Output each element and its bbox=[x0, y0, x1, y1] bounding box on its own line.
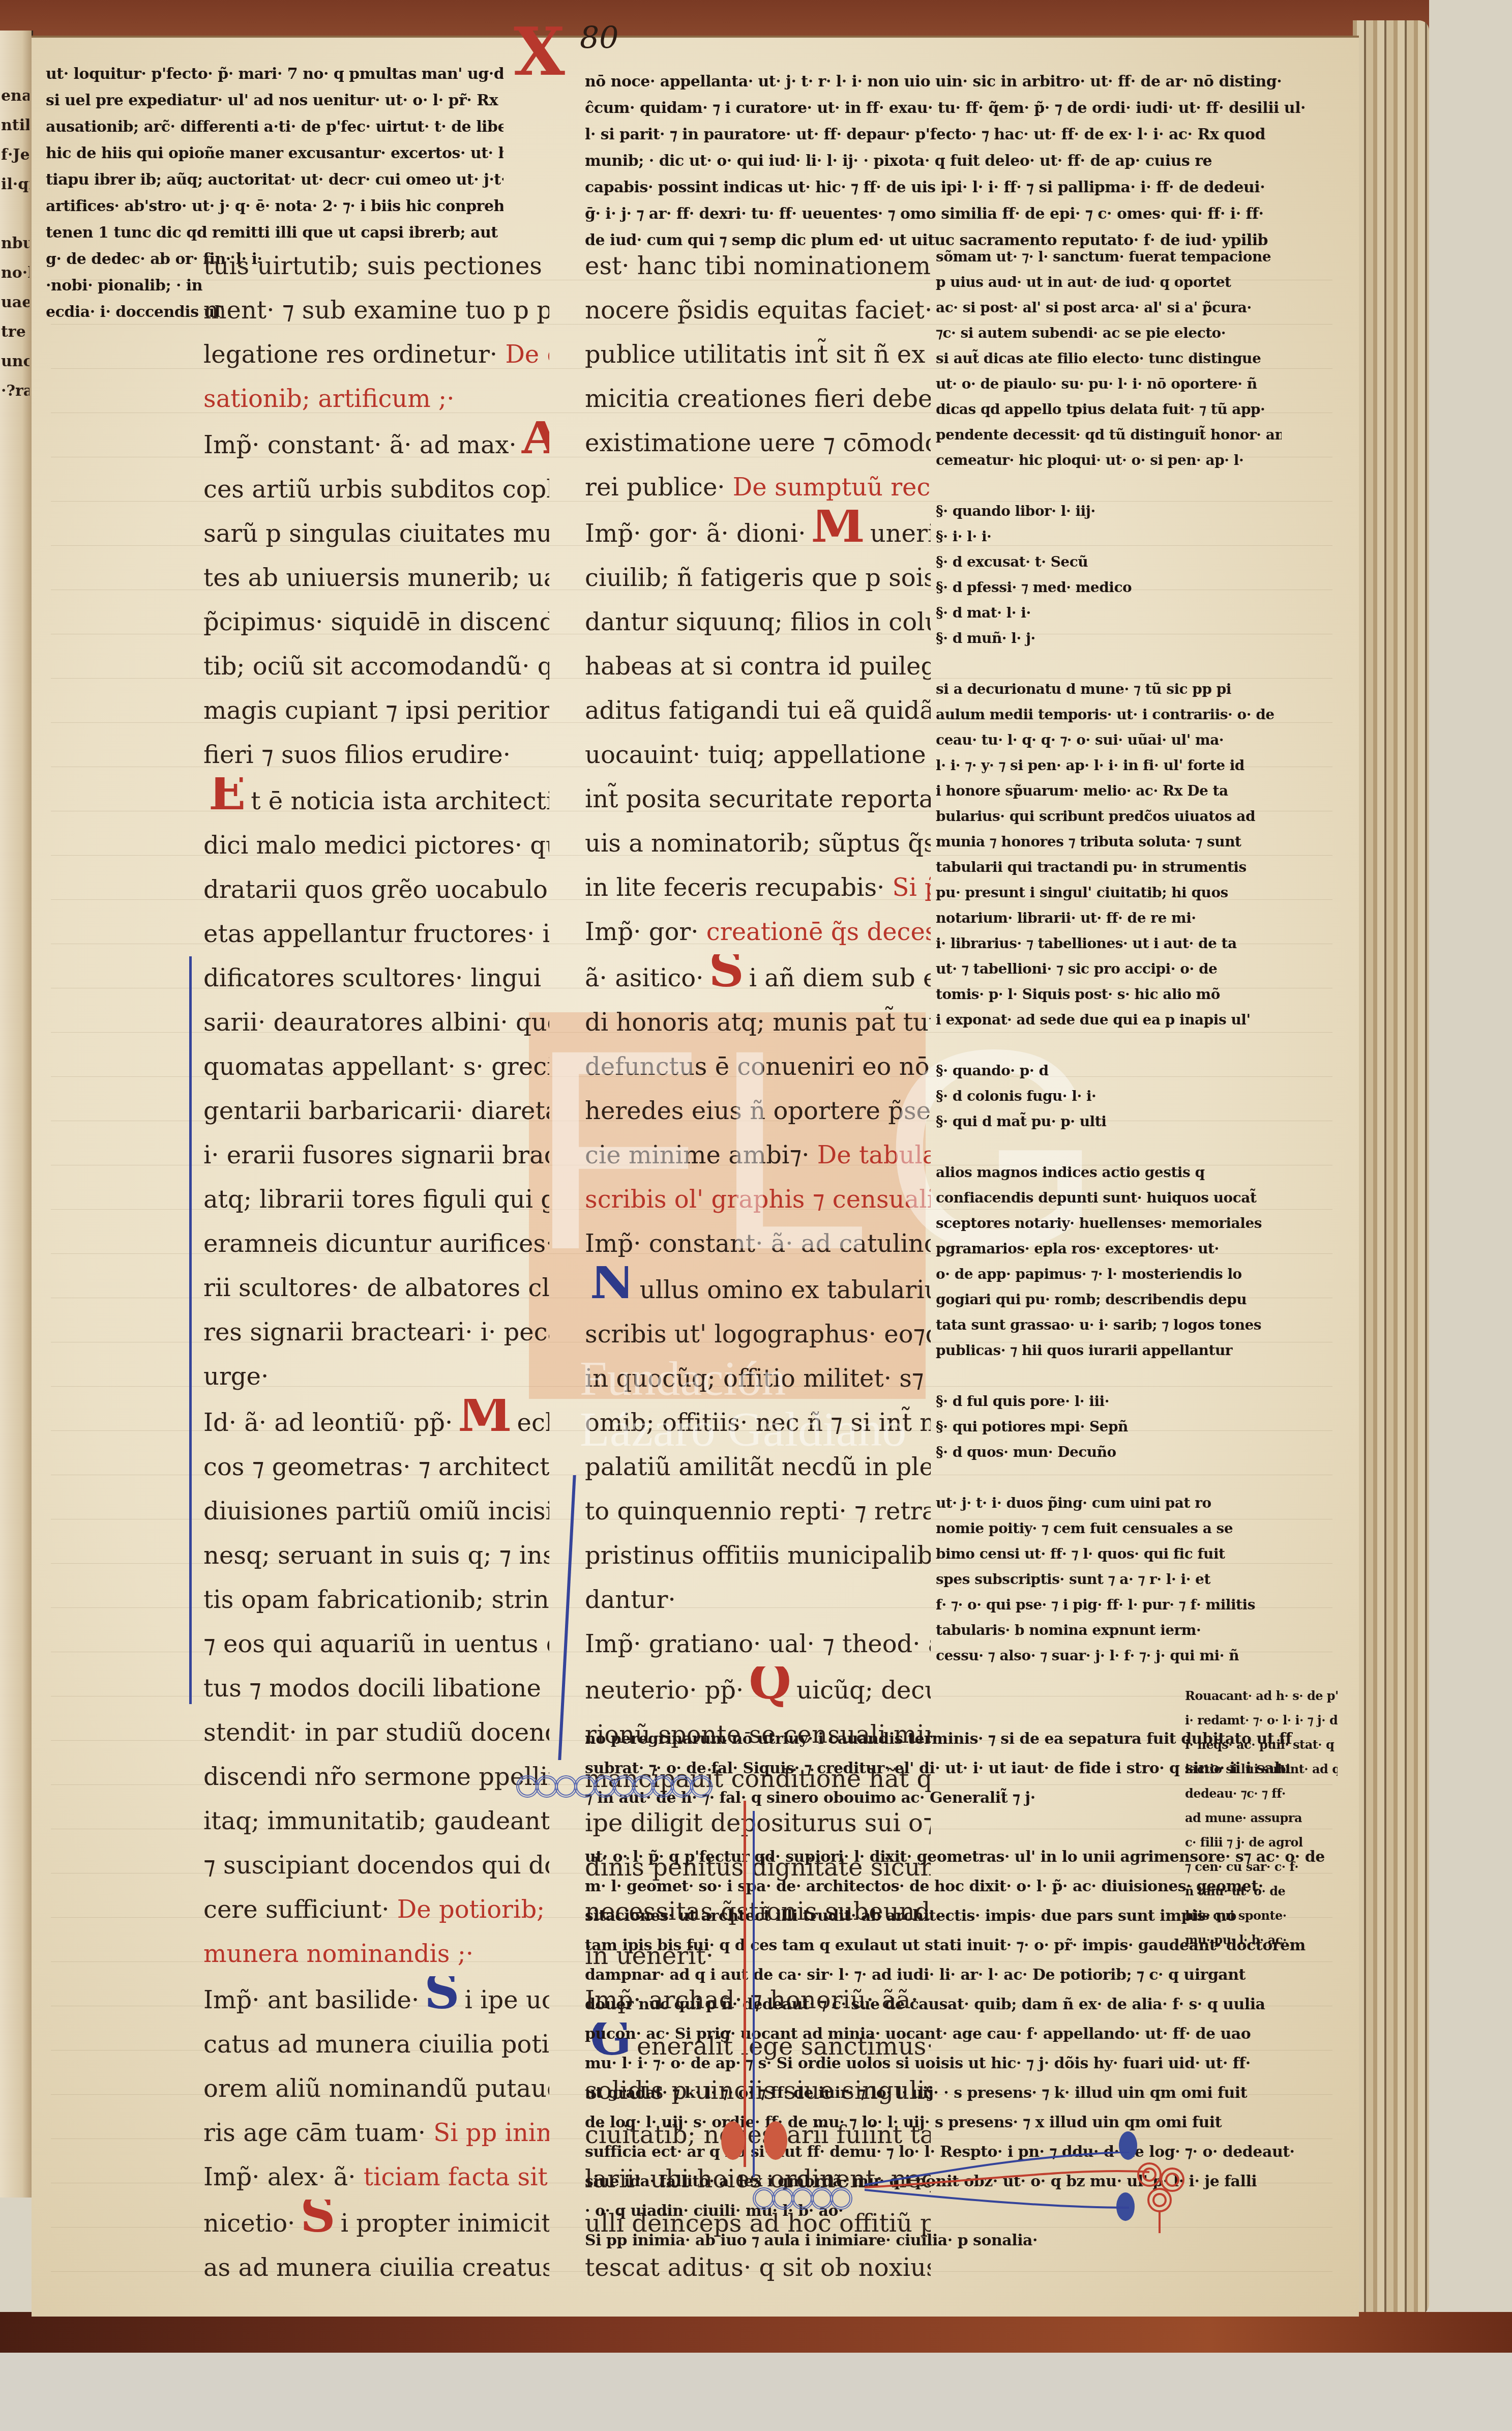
main-text-line: p̃cipimus· siquidē in discendi ar bbox=[203, 600, 549, 645]
decorated-initial: A bbox=[522, 421, 549, 465]
main-text-line: ⁊ suscipiant docendos qui do bbox=[203, 1843, 549, 1888]
text-run: t ē noticia ista architecti· me bbox=[251, 787, 549, 815]
main-text-line: magis cupiant ⁊ ipsi peritiores bbox=[203, 689, 549, 733]
gloss-line: l· i· ⁊· y· ⁊ si pen· ap· l· i· in fi· u… bbox=[936, 753, 1282, 778]
red-penwork-ball-1 bbox=[721, 2121, 745, 2160]
main-text-line: catus ad munera ciuilia poti bbox=[203, 2023, 549, 2067]
text-run: ⁊ suscipiant docendos qui do bbox=[203, 1851, 549, 1880]
text-run: echani bbox=[517, 1409, 549, 1437]
gloss-line: ut· o· de piaulo· su· pu· l· i· nō oport… bbox=[936, 371, 1282, 397]
text-run: Imp̃· ant basilide· bbox=[203, 1986, 419, 2014]
running-marker-x: X bbox=[514, 13, 565, 91]
main-text-line: urge· bbox=[203, 1355, 549, 1399]
gloss-line: no peregrinarum nō utriuy· i cauandis te… bbox=[585, 1724, 1327, 1754]
gloss-line: pendente decessit· qd tũ distinguit̃ hon… bbox=[936, 422, 1282, 448]
main-text-line: tib; ociũ sit accomodandũ· quo bbox=[203, 645, 549, 689]
text-run: dratarii quos grẽo uocabulo pso bbox=[203, 875, 549, 904]
text-run: legatione res ordinetur· bbox=[203, 340, 505, 369]
red-penwork-ball-2 bbox=[764, 2121, 787, 2160]
main-text-line: Et ē noticia ista architecti· me bbox=[203, 777, 549, 824]
main-text-line: est· hanc tibi nominationem non bbox=[585, 244, 931, 288]
facing-page-fragment: enaintiligf·Jeanil·qi nbulno·luae·tre qu… bbox=[0, 31, 33, 2198]
text-run: quomatas appellant· s· greci ar bbox=[203, 1052, 549, 1081]
text-run: tuis uirtutib; suis pectiones inti bbox=[203, 252, 549, 280]
text-run: dantur siquunq; filios in columē bbox=[585, 608, 931, 636]
main-text-line: tes ab uniuersis munerib; uacare bbox=[203, 556, 549, 600]
gloss-line: f· ⁊· o· qui pse· ⁊ i pig· ff· l· pur· ⁊… bbox=[936, 1592, 1282, 1618]
text-run: i añ diem sub eũ bbox=[749, 964, 931, 992]
main-text-line: gentarii barbaricarii· diaretarii bbox=[203, 1089, 549, 1133]
text-run: tib; ociũ sit accomodandũ· quo bbox=[203, 652, 549, 681]
gloss-line: tabularis· b nomina expnunt ierm· bbox=[936, 1618, 1282, 1643]
gloss-line: pgramarios· epla ros· exceptores· ut· bbox=[936, 1236, 1282, 1262]
gloss-line bbox=[936, 473, 1282, 499]
gloss-line: munib; · dic ut· o· qui iud· li· l· ij· … bbox=[585, 148, 1307, 174]
binding-bottom-edge bbox=[0, 2312, 1512, 2353]
gloss-line: gogiari qui pu· romb; describendis depu bbox=[936, 1287, 1282, 1312]
facing-page-line: nbul bbox=[1, 229, 29, 258]
main-text-line: ces artiũ urbis subditos copben bbox=[203, 467, 549, 512]
main-text-line: tus ⁊ modos docili libatione o bbox=[203, 1666, 549, 1711]
gloss-line: si aut̃ dicas ate filio electo· tunc dis… bbox=[936, 346, 1282, 371]
gloss-line: alios magnos indices actio gestis q bbox=[936, 1160, 1282, 1185]
text-run: habeas at si contra id puilegiũ bbox=[585, 652, 931, 681]
text-run: to quinquennio repti· ⁊ retracti bbox=[585, 1497, 931, 1526]
gloss-line: ut gradat· ⁊ k· l· ⁊· o· ⁊ ff· de iuir· … bbox=[585, 2078, 1327, 2108]
facing-page-line: il·qi bbox=[1, 170, 29, 199]
gloss-line: ḡ· i· j· ⁊ ar· ff· dexri· tu· ff· ueuent… bbox=[585, 201, 1307, 227]
text-run: scribis ut' logographus· eo⁊q; filius bbox=[585, 1320, 931, 1349]
main-text-line: nesq; seruant in suis q; ⁊ institu bbox=[203, 1534, 549, 1578]
text-run: diuisiones partiũ omiũ incisio bbox=[203, 1497, 549, 1526]
main-text-line: int̃ posita securitate reporta bbox=[585, 777, 931, 822]
fore-edge-page-stack bbox=[1353, 20, 1429, 2315]
gloss-line: confiacendis depunti sunt· huiquos uocat… bbox=[936, 1185, 1282, 1211]
main-text-line: nicetio·Si propter inimicitii bbox=[203, 2200, 549, 2246]
gloss-line: nomie poitiy· ⁊ cem fuit censuales a se bbox=[936, 1516, 1282, 1541]
main-text-line: Imp̃· ant basilide·Si ipe uo bbox=[203, 1976, 549, 2023]
text-run: uicũq; decu bbox=[796, 1676, 931, 1705]
main-text-line: Imp̃· gor· ã· dioni·Munerib; bbox=[585, 510, 931, 556]
main-text-column-1: tuis uirtutib; suis pectiones inti ment·… bbox=[203, 244, 549, 2290]
rubric-heading: Si pp inimi bbox=[433, 2119, 549, 2147]
text-run: ã· asitico· bbox=[585, 964, 703, 992]
gloss-line: sõmam ut· ⁊· l· sanctum· fuerat tempacio… bbox=[936, 244, 1282, 270]
text-run: discendi nr̃o sermone ppellim̃ bbox=[203, 1763, 549, 1791]
main-text-line: as ad munera ciuilia creatus bbox=[203, 2246, 549, 2290]
gloss-line: p uius aud· ut in aut· de iud· q oportet bbox=[936, 270, 1282, 295]
rubric-heading: ticiam facta sit cātio ;· bbox=[364, 2163, 549, 2191]
gloss-line: hic de hiis qui opioñe maner excusantur·… bbox=[46, 140, 503, 167]
text-run: Id· ã· ad leontiũ· pp̃· bbox=[203, 1409, 453, 1437]
text-run: uis a nominatorib; sũptus q̃s bbox=[585, 829, 931, 858]
text-run: Imp̃· gor· bbox=[585, 918, 706, 946]
text-run: ris age cām tuam· bbox=[203, 2119, 433, 2147]
main-text-line: dantur· bbox=[585, 1578, 931, 1622]
gloss-line: douer nuc qui p ñ· dedeaut· ⁊ c· sue de … bbox=[585, 1990, 1327, 2019]
main-text-line: cere sufficiunt· De potiorib; ad bbox=[203, 1888, 549, 1932]
rubric-heading: Si p̃ an bbox=[893, 873, 931, 902]
rubric-heading: munera nominandis ;· bbox=[203, 1940, 473, 1968]
gloss-line: ĉcum· quidam· ⁊ i curatore· ut· in ff· e… bbox=[585, 95, 1307, 122]
main-text-line: ⁊ eos qui aquariũ in uentus duc bbox=[203, 1622, 549, 1666]
main-text-line: cos ⁊ geometras· ⁊ architectos· q bbox=[203, 1445, 549, 1489]
rubric-heading: De excu bbox=[505, 340, 549, 369]
main-text-line: habeas at si contra id puilegiũ bbox=[585, 645, 931, 689]
text-run: tes ab uniuersis munerib; uacare bbox=[203, 564, 549, 592]
text-run: dantur· bbox=[585, 1586, 676, 1614]
main-text-line: munera nominandis ;· bbox=[203, 1932, 549, 1976]
spiral-flourish-upper bbox=[516, 1775, 709, 1800]
main-text-line: tis opam fabricationib; stringũt bbox=[203, 1578, 549, 1622]
main-text-line: rii scultores· de albatores cluso bbox=[203, 1266, 549, 1310]
main-text-line: tuis uirtutib; suis pectiones inti bbox=[203, 244, 549, 288]
gloss-line: m· l· geomet· so· i spa· de· architectos… bbox=[585, 1872, 1327, 1901]
main-text-line: ment· ⁊ sub examine tuo p p'fecti bbox=[203, 288, 549, 333]
watermark-line-1: Fundación bbox=[580, 1353, 906, 1404]
gloss-line: artifices· ab'stro· ut· j· q· ē· nota· 2… bbox=[46, 193, 503, 220]
main-text-line: uocauint· tuiq; appellatione bbox=[585, 733, 931, 777]
text-run: i propter inimicitii bbox=[341, 2209, 549, 2238]
main-text-line: aditus fatigandi tui eã quidã d bbox=[585, 689, 931, 733]
main-text-line: Imp̃· gratiano· ual· ⁊ theod· ãã· bbox=[585, 1622, 931, 1666]
facing-page-line: f·Jean bbox=[1, 140, 29, 170]
gloss-line: §· d quos· mun· Decuño bbox=[936, 1440, 1282, 1465]
gloss-line: de log· l· uij· s· ordie· ff· de mu· ⁊ l… bbox=[585, 2108, 1327, 2137]
text-run: tescat aditus· q sit ob noxius bbox=[585, 2253, 931, 2282]
gloss-line: ac· si post· al' si post arca· al' si a'… bbox=[936, 295, 1282, 320]
text-run: unerib; bbox=[870, 519, 931, 548]
text-run: dici malo medici pictores· qua bbox=[203, 831, 549, 860]
gloss-line: §· quando libor· l· iij· bbox=[936, 499, 1282, 524]
main-text-line: atq; librarii tores figuli qui grẽ K bbox=[203, 1178, 549, 1222]
main-text-line: dantur siquunq; filios in columē bbox=[585, 600, 931, 645]
main-text-line: dici malo medici pictores· qua bbox=[203, 824, 549, 868]
main-text-line: itaq; immunitatib; gaudeant bbox=[203, 1799, 549, 1843]
red-penwork-stem-bottom bbox=[744, 1801, 746, 2167]
blue-penwork-stem-bottom bbox=[753, 1811, 755, 2177]
text-run: fieri ⁊ suos filios erudire· bbox=[203, 741, 511, 769]
main-text-line: nocere p̃sidis equitas faciet· cũ ⁊ bbox=[585, 288, 931, 333]
text-run: itaq; immunitatib; gaudeant bbox=[203, 1807, 549, 1835]
text-run: sarũ p singulas ciuitates muran bbox=[203, 519, 549, 548]
rubric-heading: sationib; artificum ;· bbox=[203, 385, 454, 413]
text-run: i· erarii fusores signarii bracarii bbox=[203, 1141, 549, 1169]
gloss-line: §· d ful quis pore· l· iii· bbox=[936, 1389, 1282, 1414]
gloss-line: §· d excusat· t· Secũ bbox=[936, 549, 1282, 575]
main-text-line: uis a nominatorib; sũptus q̃s bbox=[585, 822, 931, 866]
gloss-line: ut· o· l· p̃· q p'fectur qd· supiori· l·… bbox=[585, 1842, 1327, 1872]
gloss-line: mu· l· i· ⁊· o· de ap· ⁊ s· Si ordie uol… bbox=[585, 2049, 1327, 2078]
main-text-line: Imp̃· constant· ã· ad max·Artifi bbox=[203, 421, 549, 467]
gloss-line: Si pp inimia· ab iuo ⁊ aula i inimiare· … bbox=[585, 2226, 1327, 2256]
main-text-line: Id· ã· ad leontiũ· pp̃·Mechani bbox=[203, 1399, 549, 1445]
gloss-line: §· d muñ· l· j· bbox=[936, 626, 1282, 651]
text-run: Imp̃· alex· ã· bbox=[203, 2163, 364, 2191]
gloss-line: ausationib; arc̃· differenti a·ti· de p'… bbox=[46, 114, 503, 140]
main-text-line: i· erarii fusores signarii bracarii bbox=[203, 1133, 549, 1178]
text-run: palatiũ amilitãt necdũ in ple bbox=[585, 1453, 931, 1481]
main-text-line: discendi nr̃o sermone ppellim̃ bbox=[203, 1755, 549, 1799]
decorated-initial: E bbox=[209, 777, 246, 821]
main-text-line: stendit· in par studiũ docendi ⁊ bbox=[203, 1711, 549, 1755]
gloss-line: tiapu ibrer ib; aũq; auctoritat· ut· dec… bbox=[46, 167, 503, 193]
facing-page-text: enaintiligf·Jeanil·qi nbulno·luae·tre qu… bbox=[1, 81, 29, 406]
background-surface-right bbox=[1429, 0, 1512, 2431]
text-run: cere sufficiunt· bbox=[203, 1895, 397, 1924]
text-run: nesq; seruant in suis q; ⁊ institu bbox=[203, 1541, 549, 1570]
text-run: aditus fatigandi tui eã quidã d bbox=[585, 696, 931, 725]
text-run: pristinus offitiis municipalib; red bbox=[585, 1541, 931, 1570]
text-run: res signarii bracteari· i· pecal bbox=[203, 1318, 549, 1346]
facing-page-line: no·l bbox=[1, 258, 29, 288]
main-text-line: etas appellantur fructores· i· e bbox=[203, 912, 549, 956]
gloss-line: i honore sp̃uarum· melio· ac· Rx De ta bbox=[936, 778, 1282, 804]
text-run: micitia creationes fieri debe· s⁊ bbox=[585, 385, 931, 413]
gloss-line: nō noce· appellanta· ut· j· t· r· l· i· … bbox=[585, 69, 1307, 95]
text-run: i ipe uo bbox=[465, 1986, 549, 2014]
gloss-line: §· quando· p· d bbox=[936, 1058, 1282, 1083]
main-text-line: pristinus offitiis municipalib; red bbox=[585, 1534, 931, 1578]
main-text-line: micitia creationes fieri debe· s⁊ bbox=[585, 377, 931, 421]
text-run: neuterio· pp̃· bbox=[585, 1676, 744, 1705]
gloss-line: bimo censi ut· ff· ⁊ l· quos· qui fic fu… bbox=[936, 1541, 1282, 1567]
gloss-line: cessu· ⁊ also· ⁊ suar· j· l· f· ⁊· j· qu… bbox=[936, 1643, 1282, 1668]
main-text-line: Imp̃· alex· ã· ticiam facta sit cātio ;· bbox=[203, 2155, 549, 2200]
gloss-line: munia ⁊ honores ⁊ tributa soluta· ⁊ sunt bbox=[936, 829, 1282, 855]
text-run: eramneis dicuntur aurifices· upra bbox=[203, 1229, 549, 1258]
main-text-line: diuisiones partiũ omiũ incisio bbox=[203, 1489, 549, 1534]
main-text-line: sationib; artificum ;· bbox=[203, 377, 549, 421]
main-text-line: fieri ⁊ suos filios erudire· bbox=[203, 733, 549, 777]
gloss-line: ut· j· t· i· duos p̃ing· cum uini pat ro bbox=[936, 1490, 1282, 1516]
gloss-line: pu· presunt i singul' ciuitatib; hi quos bbox=[936, 880, 1282, 905]
facing-page-line: enai bbox=[1, 81, 29, 111]
text-run: ces artiũ urbis subditos copben bbox=[203, 475, 549, 504]
gloss-line: ut· ⁊ tabellioni· ⁊ sic pro accipi· o· d… bbox=[936, 956, 1282, 982]
gloss-line: §· qui d mat̃ pu· p· ulti bbox=[936, 1109, 1282, 1134]
gloss-line: tenen 1 tunc dic qd remitti illi que ut … bbox=[46, 220, 503, 246]
gloss-line: §· d colonis fugu· l· i· bbox=[936, 1083, 1282, 1109]
main-text-line: dratarii quos grẽo uocabulo pso bbox=[203, 868, 549, 912]
decorated-initial: S bbox=[424, 1976, 459, 2020]
gloss-line: i· librarius· ⁊ tabelliones· ut i aut· d… bbox=[936, 931, 1282, 956]
main-text-line: existimatione uere ⁊ cōmodo bbox=[585, 421, 931, 465]
facing-page-line: ·?ra bbox=[1, 376, 29, 406]
main-text-line: eramneis dicuntur aurifices· upra bbox=[203, 1222, 549, 1266]
text-run: magis cupiant ⁊ ipsi peritiores bbox=[203, 696, 549, 725]
gloss-line bbox=[585, 1813, 1327, 1842]
main-text-line: neuterio· pp̃·Quicũq; decu bbox=[585, 1666, 931, 1713]
text-run: nicetio· bbox=[203, 2209, 295, 2238]
text-run: Imp̃· constant· ã· ad max· bbox=[203, 431, 517, 459]
text-run: nocere p̃sidis equitas faciet· cũ ⁊ bbox=[585, 296, 931, 325]
gloss-line: spes subscriptis· sunt ⁊ a· ⁊ r· l· i· e… bbox=[936, 1567, 1282, 1592]
facing-page-line: tre q bbox=[1, 317, 29, 347]
gloss-right-column: sõmam ut· ⁊· l· sanctum· fuerat tempacio… bbox=[936, 244, 1282, 1668]
gloss-line: publicas· ⁊ hii quos iurarii appellantur bbox=[936, 1338, 1282, 1363]
facing-page-line: unc a bbox=[1, 347, 29, 376]
gloss-line: si uel pre expediatur· ul' ad nos uenitu… bbox=[46, 87, 503, 114]
text-run: ciuilib; ñ fatigeris que p sois mã bbox=[585, 564, 931, 592]
gloss-line: dampnar· ad q i aut de ca· sir· l· ⁊· ad… bbox=[585, 1960, 1327, 1990]
main-text-line: to quinquennio repti· ⁊ retracti bbox=[585, 1489, 931, 1534]
gloss-line: sitaciones· ut archtect̃ illi trudit· ab… bbox=[585, 1901, 1327, 1931]
main-text-line: publice utilitatis int̃ sit ñ ex ini bbox=[585, 333, 931, 377]
text-run: ⁊ eos qui aquariũ in uentus duc bbox=[203, 1630, 549, 1658]
facing-page-line bbox=[1, 199, 29, 229]
gloss-line: o· de app· papimus· ⁊· l· mosteriendis l… bbox=[936, 1262, 1282, 1287]
rubric-heading: creationē q̃s decesserit ;· bbox=[706, 918, 931, 946]
gloss-line: ut· loquitur· p'fecto· p̃· mari· 7 no· q… bbox=[46, 61, 503, 87]
gloss-line: notarium· librarii· ut· ff· de re mi· bbox=[936, 905, 1282, 931]
gloss-line: tam ipis bis fui· q d ces tam q exulaut … bbox=[585, 1931, 1327, 1960]
gloss-line bbox=[936, 651, 1282, 677]
text-run: etas appellantur fructores· i· e bbox=[203, 920, 549, 948]
main-text-line: ciuilib; ñ fatigeris que p sois mã bbox=[585, 556, 931, 600]
main-text-line: in lite feceris recupabis· Si p̃ an bbox=[585, 866, 931, 910]
text-run: Imp̃· gratiano· ual· ⁊ theod· ãã· bbox=[585, 1630, 931, 1658]
gloss-line: aulum medii temporis· ut· i contrariis· … bbox=[936, 702, 1282, 727]
text-run: Imp̃· gor· ã· dioni· bbox=[585, 519, 806, 548]
text-run: rii scultores· de albatores cluso bbox=[203, 1274, 549, 1302]
red-rosette-flourish bbox=[1134, 2154, 1190, 2238]
folio-number: 80 bbox=[580, 20, 618, 56]
main-text-line: rei publice· De sumptuũ recupatione ;· bbox=[585, 465, 931, 510]
main-text-line: legatione res ordinetur· De excu bbox=[203, 333, 549, 377]
main-text-line: quomatas appellant· s· greci ar bbox=[203, 1045, 549, 1089]
gloss-line bbox=[936, 1033, 1282, 1058]
background-surface-bottom bbox=[0, 2353, 1512, 2431]
gloss-line bbox=[936, 1465, 1282, 1490]
decorated-initial: S bbox=[300, 2200, 335, 2243]
gloss-line: Rouacant· ad h· s· de p'fect· ⁊ me· bbox=[1185, 1684, 1338, 1708]
gloss-line: §· d mat· l· i· bbox=[936, 600, 1282, 626]
text-run: uocauint· tuiq; appellatione bbox=[585, 741, 926, 769]
main-text-line: ris age cām tuam· Si pp inimi bbox=[203, 2111, 549, 2155]
decorated-initial: Q bbox=[749, 1666, 791, 1710]
gloss-line: tata sunt grassao· u· i· sarib; ⁊ logos … bbox=[936, 1312, 1282, 1338]
rubric-heading: De sumptuũ recupatione ;· bbox=[733, 473, 931, 502]
spiral-flourish-lower bbox=[753, 2187, 849, 2212]
main-text-line: orem aliũ nominandũ putaue bbox=[203, 2067, 549, 2111]
text-run: as ad munera ciuilia creatus bbox=[203, 2253, 549, 2282]
red-blue-tendrils bbox=[865, 2152, 1170, 2213]
gloss-line: §· d pfessi· ⁊ med· medico bbox=[936, 575, 1282, 600]
gloss-line: ⁊c· si autem subendi· ac se pie electo· bbox=[936, 320, 1282, 346]
main-text-line: res signarii bracteari· i· pecal bbox=[203, 1310, 549, 1355]
main-text-line: dificatores scultores· lingui m̃ bbox=[203, 956, 549, 1001]
decorated-initial: M bbox=[811, 510, 865, 553]
text-run: tis opam fabricationib; stringũt bbox=[203, 1586, 549, 1614]
decorated-initial: M bbox=[458, 1399, 512, 1443]
text-run: stendit· in par studiũ docendi ⁊ bbox=[203, 1718, 549, 1747]
gloss-line: dicas qd appello tpius delata fuit· ⁊ tũ… bbox=[936, 397, 1282, 422]
text-run: tus ⁊ modos docili libatione o bbox=[203, 1674, 549, 1703]
watermark-line-2: Lázaro Galdiano bbox=[580, 1404, 906, 1455]
gloss-line: cemeatur· hic ploqui· ut· o· si pen· ap·… bbox=[936, 448, 1282, 473]
rubric-heading: De potiorib; ad bbox=[397, 1895, 549, 1924]
text-run: p̃cipimus· siquidē in discendi ar bbox=[203, 608, 549, 636]
text-run: catus ad munera ciuilia poti bbox=[203, 2030, 549, 2059]
gloss-line: capabis· possint indicas ut· hic· ⁊ ff· … bbox=[585, 174, 1307, 201]
gloss-line: §· i· l· i· bbox=[936, 524, 1282, 549]
watermark-caption: Fundación Lázaro Galdiano bbox=[580, 1353, 906, 1455]
text-run: dificatores scultores· lingui m̃ bbox=[203, 964, 549, 992]
text-run: cos ⁊ geometras· ⁊ architectos· q bbox=[203, 1453, 549, 1481]
text-run: sarii· deauratores albini· quos bbox=[203, 1008, 549, 1037]
gloss-line: ceau· tu· l· q· q· ⁊· o· sui· uũai· ul' … bbox=[936, 727, 1282, 753]
text-run: int̃ posita securitate reporta bbox=[585, 785, 931, 813]
text-run: orem aliũ nominandũ putaue bbox=[203, 2074, 549, 2103]
text-run: existimatione uere ⁊ cōmodo bbox=[585, 429, 931, 457]
gloss-line: l· si parit· ⁊ in pauratore· ut· ff· dep… bbox=[585, 122, 1307, 148]
text-run: atq; librarii tores figuli qui grẽ K bbox=[203, 1185, 549, 1214]
text-run: est· hanc tibi nominationem non bbox=[585, 252, 931, 280]
gloss-line: si a decurionatu d mune· ⁊ tũ sic pp pi bbox=[936, 677, 1282, 702]
blue-penwork-stem-col1 bbox=[189, 956, 192, 1704]
facing-page-line: ntilig bbox=[1, 111, 29, 140]
text-run: publice utilitatis int̃ sit ñ ex ini bbox=[585, 340, 931, 369]
text-run: ment· ⁊ sub examine tuo p p'fecti bbox=[203, 296, 549, 325]
text-run: rei publice· bbox=[585, 473, 733, 502]
main-text-line: Imp̃· gor· creationē q̃s decesserit ;· bbox=[585, 910, 931, 954]
text-run: in lite feceris recupabis· bbox=[585, 873, 893, 902]
main-text-line: sarũ p singulas ciuitates muran bbox=[203, 512, 549, 556]
facing-page-line: uae· bbox=[1, 288, 29, 317]
gloss-line bbox=[936, 1363, 1282, 1389]
gloss-line: tomis· p· l· Siquis post· s· hic alio mõ bbox=[936, 982, 1282, 1007]
text-run: urge· bbox=[203, 1362, 269, 1391]
gloss-line: sceptores notariy· huellenses· memoriale… bbox=[936, 1211, 1282, 1236]
text-run: gentarii barbaricarii· diaretarii bbox=[203, 1097, 549, 1125]
gloss-top-middle: nō noce· appellanta· ut· j· t· r· l· i· … bbox=[585, 69, 1307, 254]
gloss-line: tabularii qui tractandi pu· in strumenti… bbox=[936, 855, 1282, 880]
gloss-line bbox=[936, 1134, 1282, 1160]
gloss-line: bularius· qui scribunt predc̃os uiuatos … bbox=[936, 804, 1282, 829]
gloss-line: §· qui potiores mpi· Sepñ bbox=[936, 1414, 1282, 1440]
main-text-line: sarii· deauratores albini· quos bbox=[203, 1001, 549, 1045]
main-text-line: scribis ut' logographus· eo⁊q; filius bbox=[585, 1312, 931, 1357]
gloss-line: pucon· ac· Si prig· uocant ad minia· uoc… bbox=[585, 2019, 1327, 2049]
gloss-line: i exponat· ad sede due qui ea p inapis u… bbox=[936, 1007, 1282, 1033]
